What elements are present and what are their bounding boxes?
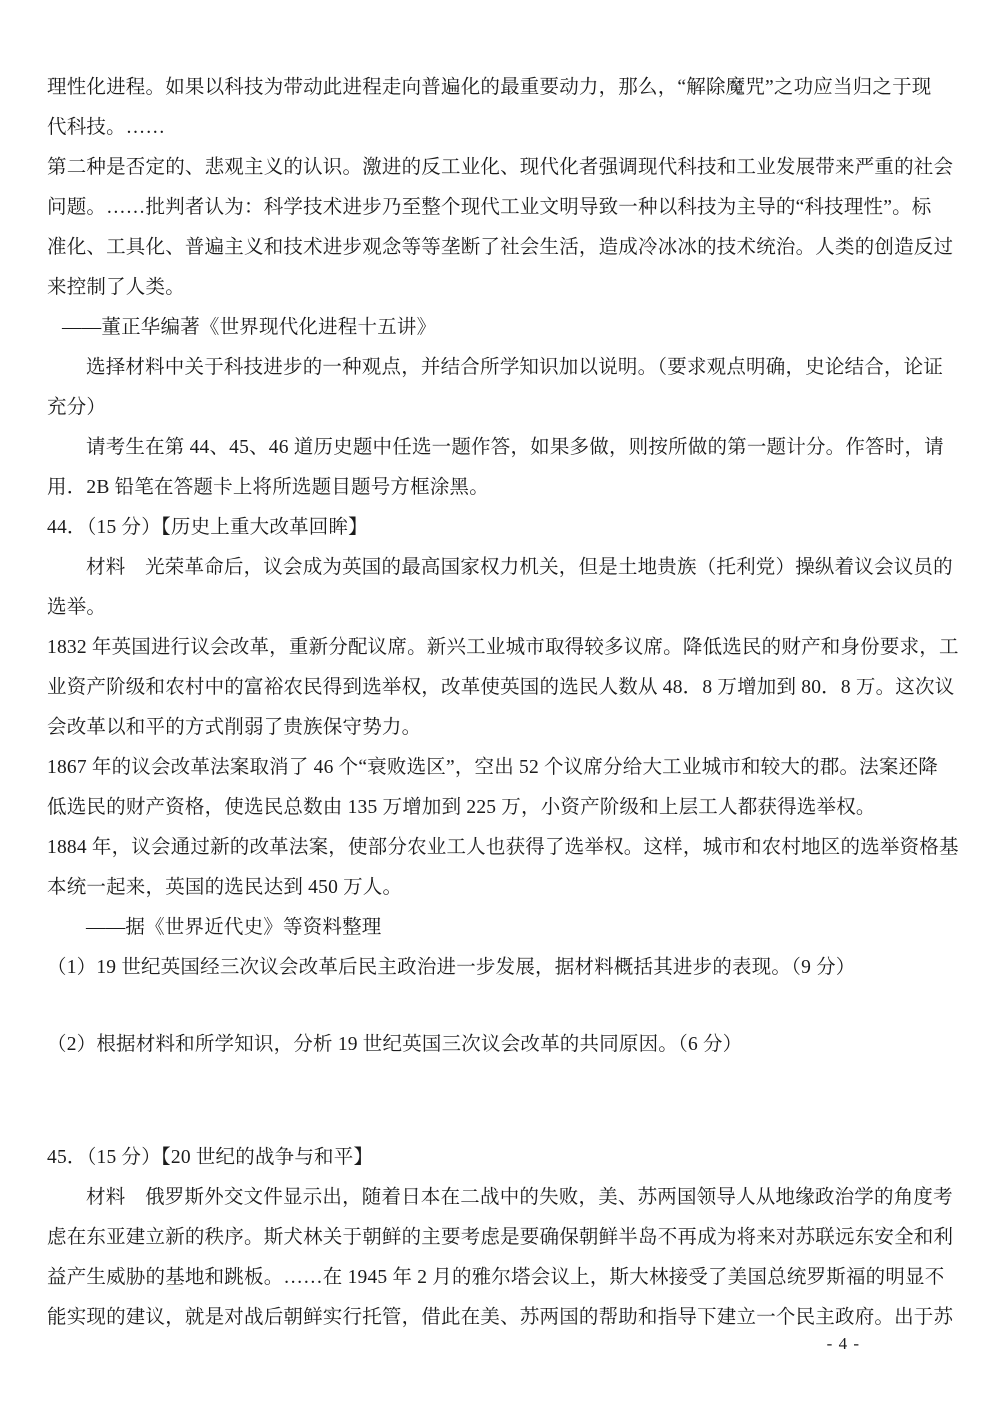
text-line: 用．2B 铅笔在答题卡上将所选题目题号方框涂黑。 [47,468,946,508]
text-line: ——据《世界近代史》等资料整理 [47,908,946,948]
text-line: 会改革以和平的方式削弱了贵族保守势力。 [47,708,946,748]
document-page: 理性化进程。如果以科技为带动此进程走向普遍化的最重要动力，那么，“解除魔咒”之功… [0,0,992,1403]
text-line: 本统一起来，英国的选民达到 450 万人。 [47,868,946,908]
text-line: 44．（15 分）【历史上重大改革回眸】 [47,508,946,548]
text-line: 准化、工具化、普遍主义和技术进步观念等等垄断了社会生活，造成冷冰冰的技术统治。人… [47,228,946,268]
text-line: 低选民的财产资格，使选民总数由 135 万增加到 225 万，小资产阶级和上层工… [47,788,946,828]
page-number: - 4 - [827,1332,860,1356]
text-line: 选择材料中关于科技进步的一种观点，并结合所学知识加以说明。（要求观点明确，史论结… [47,348,946,388]
text-line: ——董正华编著《世界现代化进程十五讲》 [47,308,946,348]
text-line: 业资产阶级和农村中的富裕农民得到选举权，改革使英国的选民人数从 48．8 万增加… [47,668,946,708]
text-line: （2）根据材料和所学知识，分析 19 世纪英国三次议会改革的共同原因。（6 分） [47,1025,946,1065]
text-line: 代科技。…… [47,108,946,148]
text-line: 1867 年的议会改革法案取消了 46 个“衰败选区”，空出 52 个议席分给大… [47,748,946,788]
text-line: 虑在东亚建立新的秩序。斯犬林关于朝鲜的主要考虑是要确保朝鲜半岛不再成为将来对苏联… [47,1218,946,1258]
text-line: 请考生在第 44、45、46 道历史题中任选一题作答，如果多做，则按所做的第一题… [47,428,946,468]
text-line: 来控制了人类。 [47,268,946,308]
text-line: 1884 年，议会通过新的改革法案，使部分农业工人也获得了选举权。这样，城市和农… [47,828,946,868]
text-line: 能实现的建议，就是对战后朝鲜实行托管，借此在美、苏两国的帮助和指导下建立一个民主… [47,1298,946,1338]
text-line: 第二种是否定的、悲观主义的认识。激进的反工业化、现代化者强调现代科技和工业发展带… [47,148,946,188]
text-line: 问题。……批判者认为：科学技术进步乃至整个现代工业文明导致一种以科技为主导的“科… [47,188,946,228]
text-line: （1）19 世纪英国经三次议会改革后民主政治进一步发展，据材料概括其进步的表现。… [47,948,946,988]
text-line: 材料 俄罗斯外交文件显示出，随着日本在二战中的失败，美、苏两国领导人从地缘政治学… [47,1178,946,1218]
text-line: 充分） [47,388,946,428]
text-line: 理性化进程。如果以科技为带动此进程走向普遍化的最重要动力，那么，“解除魔咒”之功… [47,68,946,108]
text-line: 1832 年英国进行议会改革，重新分配议席。新兴工业城市取得较多议席。降低选民的… [47,628,946,668]
document-body: 理性化进程。如果以科技为带动此进程走向普遍化的最重要动力，那么，“解除魔咒”之功… [47,68,946,1338]
text-line: 材料 光荣革命后，议会成为英国的最高国家权力机关，但是土地贵族（托利党）操纵着议… [47,548,946,588]
text-line: 45．（15 分）【20 世纪的战争与和平】 [47,1138,946,1178]
text-line: 益产生威胁的基地和跳板。……在 1945 年 2 月的雅尔塔会议上，斯大林接受了… [47,1258,946,1298]
text-line: 选举。 [47,588,946,628]
